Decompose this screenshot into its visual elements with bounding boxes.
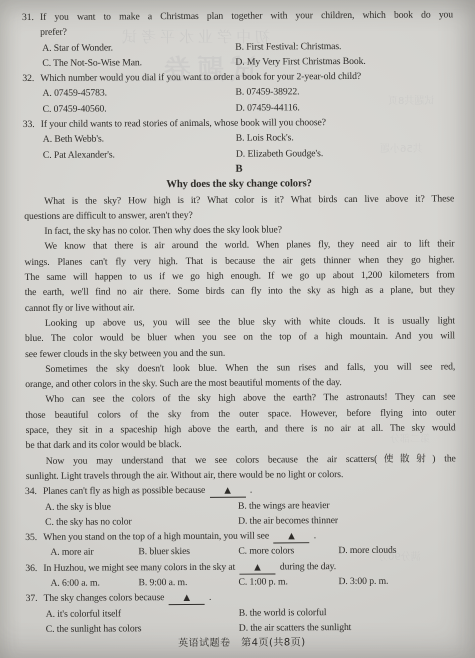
option-cell: C. more colors [238, 543, 338, 559]
option-cell: D. the air becomes thinner [238, 513, 338, 529]
question-stem-text: Planes can't fly as high as possible bec… [43, 485, 252, 497]
passage-line: blue. The color would be bluer when you … [25, 329, 455, 347]
scanned-exam-page: 初中学业水平考试 试题卷 试题共8页 共56小题 第二部分 满分90分 31.I… [0, 0, 475, 658]
option-cell: B. the wings are heavier [238, 498, 330, 514]
question-number: 36. [26, 561, 37, 576]
passage-paragraph: We know that there is air around the wor… [24, 237, 454, 316]
passage-line: What is the sky? How high is it? What co… [24, 191, 454, 209]
question-number: 34. [26, 484, 37, 499]
option-cell: C. the sky has no color [45, 513, 238, 529]
option-cell: B. the world is colorful [239, 605, 327, 621]
option-cell: C. 1:00 p. m. [238, 574, 338, 590]
option-cell: D. Elizabeth Goudge's. [236, 146, 323, 162]
page-footer: 英语试题卷 第4页(共8页) [27, 635, 457, 653]
option-cell: D. the air scatters the sunlight [239, 620, 352, 636]
page-content: 31.If you want to make a Christmas plan … [23, 7, 457, 652]
option-cell: B. 9:00 a. m. [138, 575, 238, 591]
option-cell: A. Star of Wonder. [42, 39, 235, 55]
passage-paragraph: What is the sky? How high is it? What co… [24, 191, 454, 224]
question-item: 36.In Huzhou, we might see many colors i… [26, 558, 456, 591]
questions-31-33: 31.If you want to make a Christmas plan … [23, 7, 454, 163]
option-cell: A. 07459-45783. [42, 85, 235, 101]
question-number: 37. [27, 591, 38, 606]
option-cell: A. 6:00 a. m. [50, 575, 138, 591]
question-item: 35.When you stand on the top of a high m… [26, 527, 456, 560]
answer-blank-triangle: ▲ [273, 530, 309, 543]
option-row: C. the sunlight has colorsD. the air sca… [27, 619, 457, 637]
question-number: 33. [24, 117, 35, 132]
passage-line: space, they sit in a spaceship high abov… [26, 420, 456, 438]
question-stem-text: When you stand on the top of a high moun… [43, 530, 316, 543]
passage-paragraph: Sometimes the sky doesn't look blue. Whe… [25, 359, 455, 392]
question-stem-line: 31.If you want to make a Christmas plan … [23, 7, 453, 25]
option-cell: A. the sky is blue [45, 498, 238, 514]
question-stem-text: Which number would you dial if you want … [40, 71, 361, 84]
answer-blank-triangle: ▲ [209, 485, 245, 498]
question-item: 31.If you want to make a Christmas plan … [23, 7, 453, 71]
passage-line: the earth, we'll find no air there. Some… [25, 283, 455, 301]
option-cell: A. it's colorful itself [46, 605, 239, 621]
question-stem-text: prefer? [40, 27, 67, 38]
question-stem-text: If your child wants to read stories of a… [41, 117, 326, 130]
option-cell: B. First Festival: Christmas. [235, 39, 341, 55]
questions-34-37: 34.Planes can't fly as high as possible … [26, 482, 457, 638]
option-cell: A. Beth Webb's. [43, 131, 236, 147]
option-cell: C. 07459-40560. [43, 100, 236, 116]
passage-paragraph: Looking up above us, you will see the bl… [25, 313, 455, 362]
question-item: 33.If your child wants to read stories o… [24, 114, 454, 163]
question-stem-text: If you want to make a Christmas plan tog… [40, 9, 453, 23]
option-cell: D. more clouds [338, 543, 396, 559]
question-item: 32.Which number would you dial if you wa… [23, 69, 453, 118]
question-item: 37.The sky changes colors because ▲ .A. … [27, 589, 457, 638]
option-cell: C. the sunlight has colors [46, 621, 239, 637]
option-cell: B. bluer skies [138, 544, 238, 560]
passage-body: What is the sky? How high is it? What co… [24, 191, 456, 484]
option-cell: D. 3:00 p. m. [338, 574, 388, 590]
passage-line: Now you may understand that we see color… [26, 451, 456, 469]
question-stem-text: The sky changes colors because ▲ . [44, 592, 212, 604]
answer-blank-triangle: ▲ [169, 592, 205, 605]
option-cell: C. Pat Alexander's. [43, 146, 236, 162]
passage-line: Sometimes the sky doesn't look blue. Whe… [25, 359, 455, 377]
option-cell: D. 07459-44116. [236, 100, 300, 116]
option-row: C. Pat Alexander's.D. Elizabeth Goudge's… [24, 145, 454, 163]
passage-paragraph: Now you may understand that we see color… [26, 451, 456, 484]
answer-blank-triangle: ▲ [239, 561, 275, 574]
question-number: 35. [26, 530, 37, 545]
option-cell: A. more air [50, 545, 138, 561]
option-cell: B. 07459-38922. [235, 85, 299, 101]
question-number: 31. [23, 10, 34, 25]
question-item: 34.Planes can't fly as high as possible … [26, 482, 456, 531]
passage-paragraph: Who can see the colors of the sky high a… [25, 390, 455, 454]
option-cell: B. Lois Rock's. [236, 131, 294, 147]
question-number: 32. [23, 71, 34, 86]
question-stem-text: In Huzhou, we might see many colors in t… [43, 561, 336, 574]
option-cell: D. My Very First Christmas Book. [235, 54, 365, 70]
option-cell: C. The Not-So-Wise Man. [42, 55, 235, 71]
